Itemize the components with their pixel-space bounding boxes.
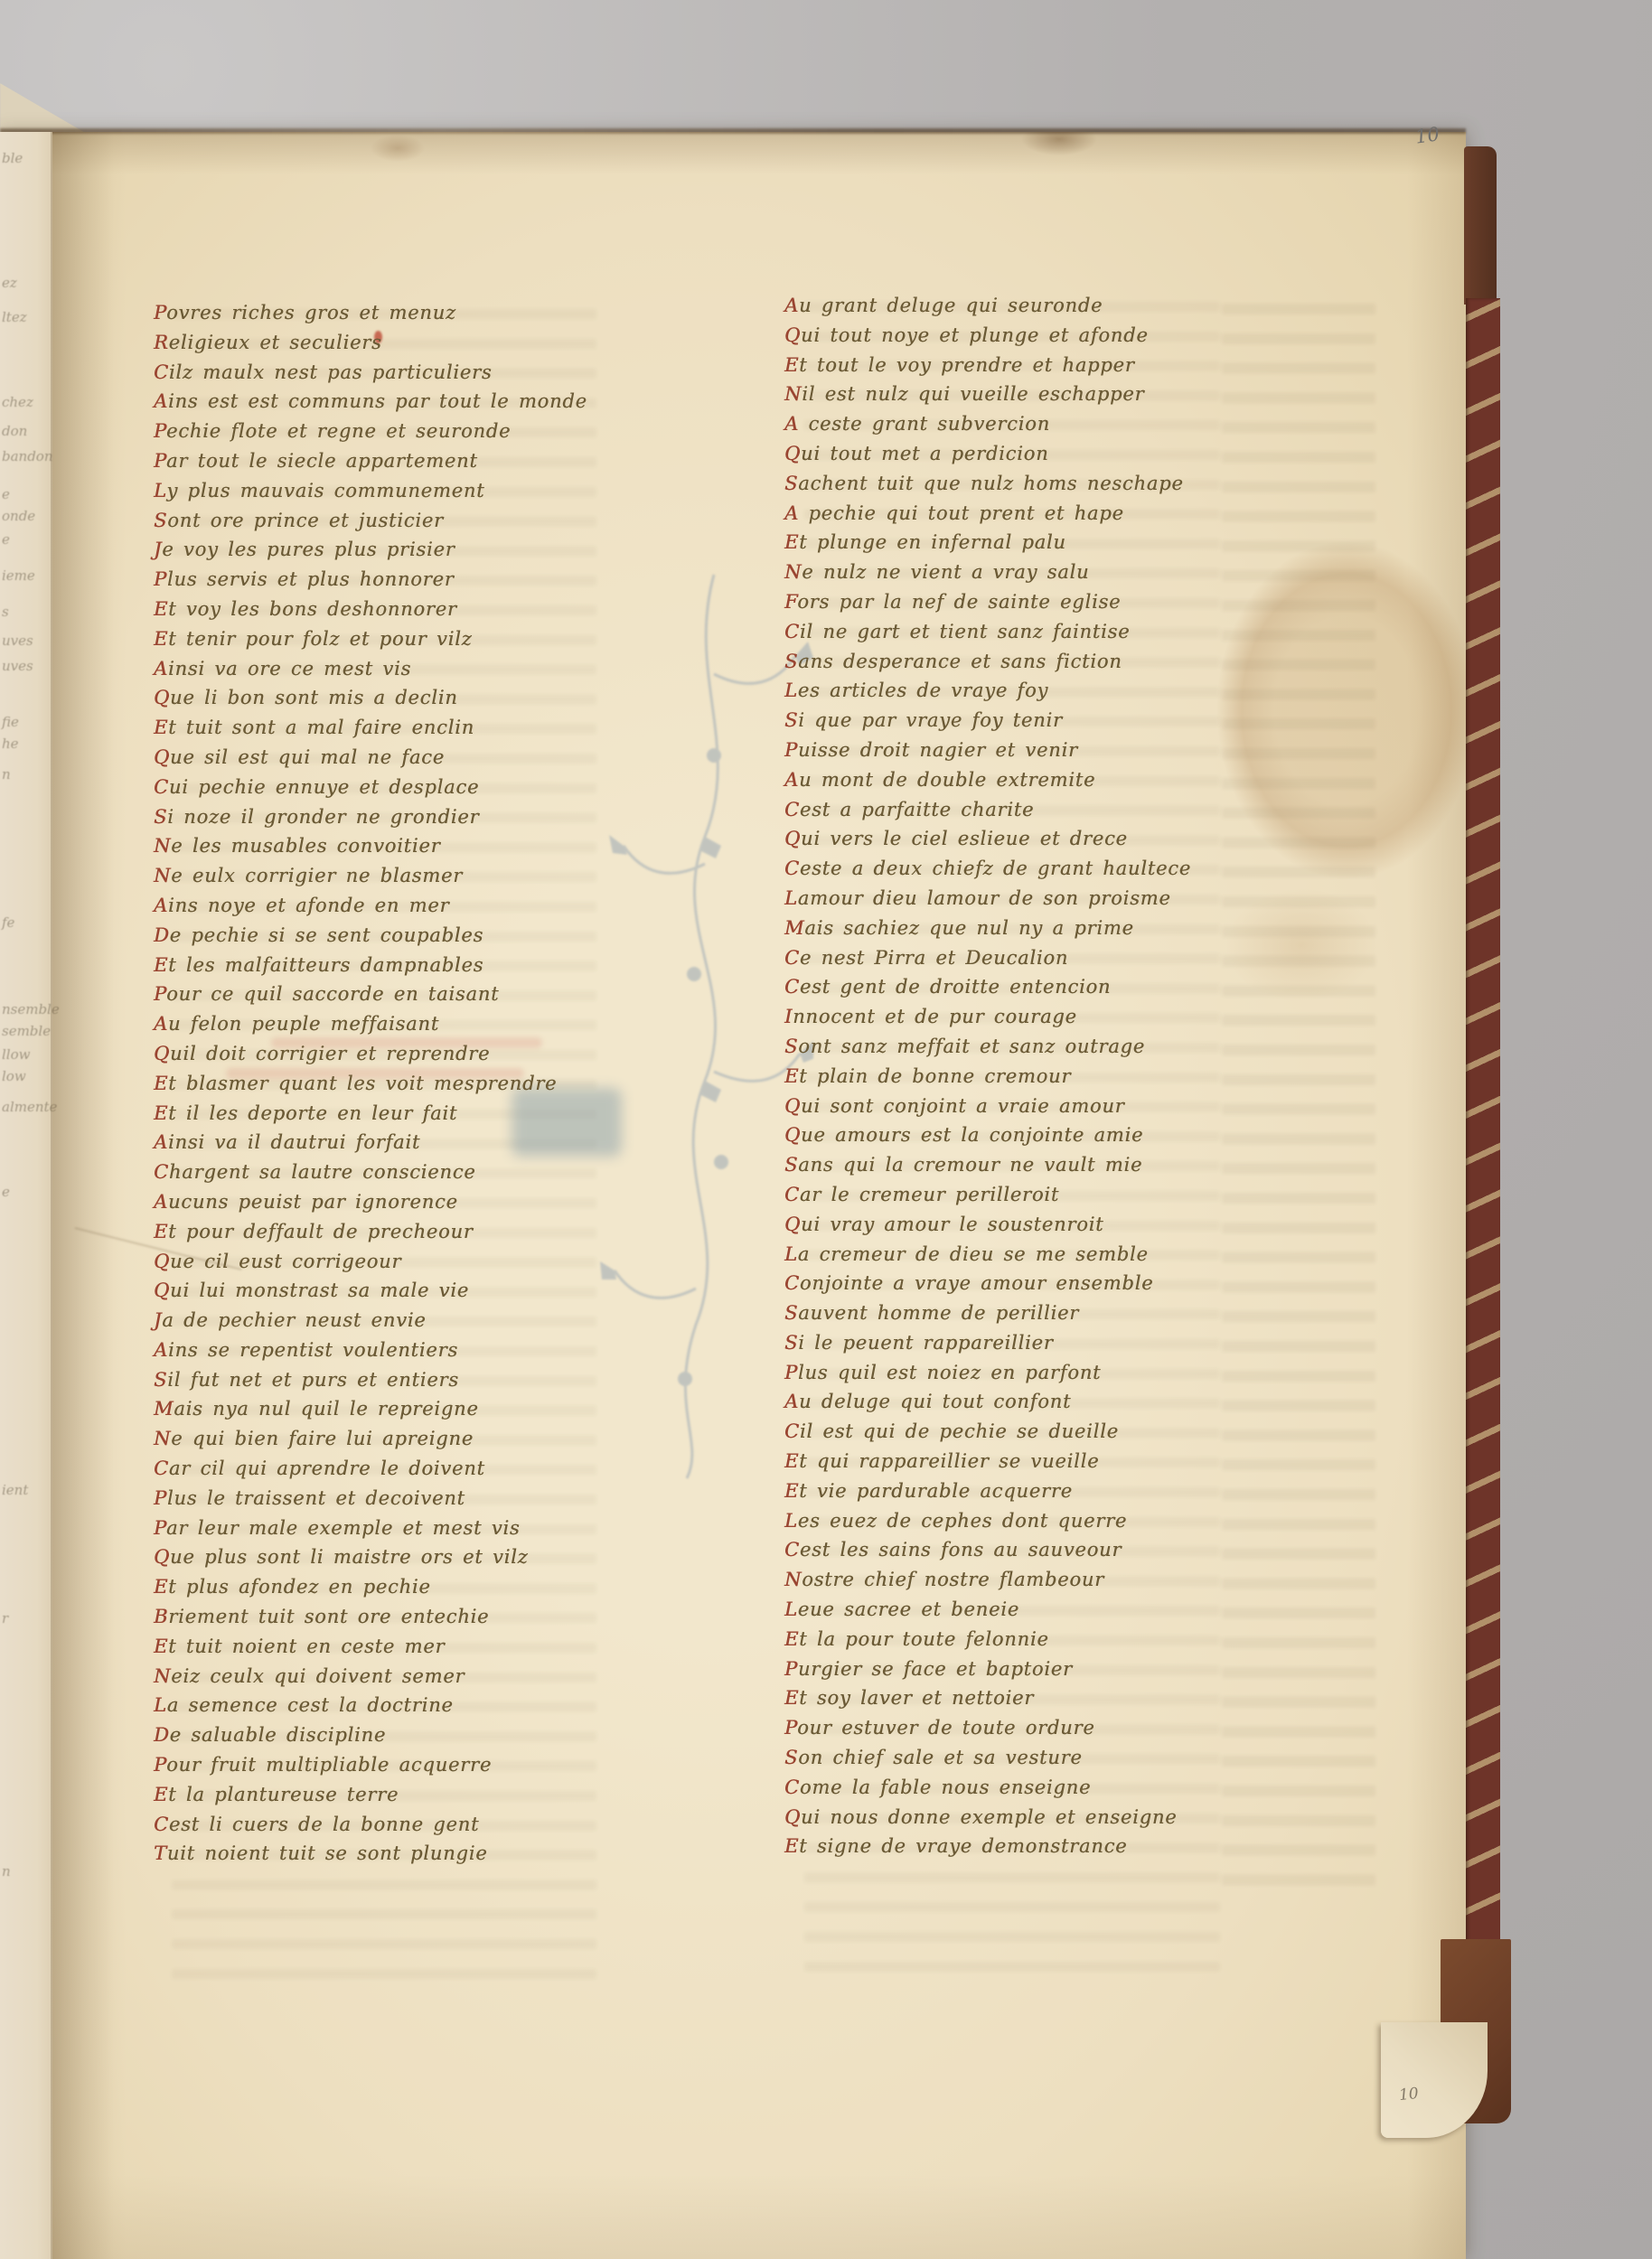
verse-line: Cil ne gart et tient sanz faintise — [784, 617, 1236, 647]
verse-line: Leue sacree et beneie — [784, 1595, 1236, 1625]
verse-line: Que amours est la conjointe amie — [784, 1120, 1236, 1150]
verse-line: Et les malfaitteurs dampnables — [154, 951, 605, 980]
margin-text-fragment: onde — [2, 508, 35, 524]
verse-line: Ne eulx corrigier ne blasmer — [154, 861, 605, 891]
verse-line: Que sil est qui mal ne face — [154, 743, 605, 773]
verse-line: Innocent et de pur courage — [784, 1002, 1236, 1032]
verse-line: Ainsi va il dautrui forfait — [154, 1128, 605, 1158]
manuscript-photo: { "page": { "folio_number_top": "10", "f… — [0, 0, 1652, 2259]
verse-line: A pechie qui tout prent et hape — [784, 499, 1236, 529]
verse-line: Et tout le voy prendre et happer — [784, 351, 1236, 380]
verse-line: Povres riches gros et menuz — [154, 298, 605, 328]
verse-line: Cest a parfaitte charite — [784, 795, 1236, 825]
verse-line: Qui vray amour le soustenroit — [784, 1210, 1236, 1240]
margin-text-fragment: bandon — [2, 448, 53, 464]
verse-line: Sachent tuit que nulz homs neschape — [784, 469, 1236, 499]
verse-line: Religieux et seculiers — [154, 328, 605, 358]
verse-line: A ceste grant subvercion — [784, 409, 1236, 439]
margin-text-fragment: ltez — [2, 309, 27, 325]
verse-line: Ceste a deux chiefz de grant haultece — [784, 854, 1236, 884]
verse-line: Au grant deluge qui seuronde — [784, 291, 1236, 321]
verse-line: Nil est nulz qui vueille eschapper — [784, 380, 1236, 409]
margin-text-fragment: ient — [2, 1482, 28, 1498]
margin-text-fragment: ieme — [2, 567, 35, 584]
verse-line: Purgier se face et baptoier — [784, 1654, 1236, 1684]
verse-line: Ainsi va ore ce mest vis — [154, 654, 605, 684]
verse-line: Ne nulz ne vient a vray salu — [784, 558, 1236, 587]
verse-line: Qui tout noye et plunge et afonde — [784, 321, 1236, 351]
verse-line: Que plus sont li maistre ors et vilz — [154, 1542, 605, 1572]
verse-line: Sont ore prince et justicier — [154, 506, 605, 536]
verse-line: Aucuns peuist par ignorence — [154, 1187, 605, 1217]
verse-line: Qui tout met a perdicion — [784, 439, 1236, 469]
verse-line: Par tout le siecle appartement — [154, 446, 605, 476]
verse-line: Nostre chief nostre flambeour — [784, 1565, 1236, 1595]
verse-line: De saluable discipline — [154, 1720, 605, 1750]
verse-line: Plus quil est noiez en parfont — [784, 1358, 1236, 1388]
verse-line: Chargent sa lautre conscience — [154, 1158, 605, 1187]
verse-line: Et tuit noient en ceste mer — [154, 1632, 605, 1662]
margin-text-fragment: ble — [2, 150, 23, 166]
margin-text-fragment: fie — [2, 714, 19, 730]
margin-text-fragment: e — [2, 1184, 10, 1200]
verse-line: Les euez de cephes dont querre — [784, 1506, 1236, 1536]
verse-line: Cilz maulx nest pas particuliers — [154, 358, 605, 388]
verse-line: Sans qui la cremour ne vault mie — [784, 1150, 1236, 1180]
verse-line: Fors par la nef de sainte eglise — [784, 587, 1236, 617]
verse-line: Pechie flote et regne et seuronde — [154, 417, 605, 446]
verse-line: Et tenir pour folz et pour vilz — [154, 624, 605, 654]
showthrough-text-margin — [1222, 304, 1375, 1894]
verse-line: Cest li cuers de la bonne gent — [154, 1810, 605, 1840]
verse-line: Et voy les bons deshonnorer — [154, 595, 605, 624]
verse-line: Car le cremeur perilleroit — [784, 1180, 1236, 1210]
margin-text-fragment: e — [2, 531, 10, 548]
verse-line: Et la plantureuse terre — [154, 1780, 605, 1810]
text-column-left: Povres riches gros et menuzReligieux et … — [154, 298, 605, 1869]
verse-line: Tuit noient tuit se sont plungie — [154, 1839, 605, 1869]
verse-line: Qui sont conjoint a vraie amour — [784, 1092, 1236, 1121]
verse-line: Ja de pechier neust envie — [154, 1306, 605, 1336]
verse-line: Sauvent homme de perillier — [784, 1298, 1236, 1328]
verse-line: Et la pour toute felonnie — [784, 1625, 1236, 1654]
verse-line: Et plunge en infernal palu — [784, 528, 1236, 558]
verse-line: Lamour dieu lamour de son proisme — [784, 884, 1236, 914]
margin-text-fragment: e — [2, 486, 10, 502]
verse-line: Par leur male exemple et mest vis — [154, 1514, 605, 1543]
text-column-right: Au grant deluge qui seurondeQui tout noy… — [784, 291, 1236, 1861]
verse-line: Et plus afondez en pechie — [154, 1572, 605, 1602]
verse-line: Et tuit sont a mal faire enclin — [154, 713, 605, 743]
verse-line: Qui nous donne exemple et enseigne — [784, 1803, 1236, 1833]
verse-line: Ains se repentist voulentiers — [154, 1336, 605, 1365]
verse-line: Pour estuver de toute ordure — [784, 1713, 1236, 1743]
verse-line: Et plain de bonne cremour — [784, 1062, 1236, 1092]
verse-line: Et signe de vraye demonstrance — [784, 1832, 1236, 1861]
margin-text-fragment: llow — [2, 1046, 30, 1063]
facing-page-text-fragments: bleezltezchezdonbandoneondeeiemesuvesuve… — [0, 132, 54, 2259]
verse-line: Si le peuent rappareillier — [784, 1328, 1236, 1358]
verse-line: Ains noye et afonde en mer — [154, 891, 605, 921]
verse-line: Que li bon sont mis a declin — [154, 683, 605, 713]
folio-number-bottom: 10 — [1398, 2085, 1420, 2104]
margin-text-fragment: fe — [2, 914, 14, 931]
verse-line: Et blasmer quant les voit mesprendre — [154, 1069, 605, 1099]
margin-text-fragment: semble — [2, 1023, 51, 1039]
verse-line: Au deluge qui tout confont — [784, 1387, 1236, 1417]
verse-line: Que cil eust corrigeour — [154, 1247, 605, 1277]
verse-line: Mais nya nul quil le repreigne — [154, 1394, 605, 1424]
verse-line: Au mont de double extremite — [784, 765, 1236, 795]
verse-line: Plus le traissent et decoivent — [154, 1484, 605, 1514]
margin-text-fragment: uves — [2, 633, 33, 649]
verse-line: Ly plus mauvais communement — [154, 476, 605, 506]
verse-line: Son chief sale et sa vesture — [784, 1743, 1236, 1773]
verse-line: Au felon peuple meffaisant — [154, 1009, 605, 1039]
verse-line: Neiz ceulx qui doivent semer — [154, 1662, 605, 1692]
verse-line: Pour fruit multipliable acquerre — [154, 1750, 605, 1780]
margin-text-fragment: don — [2, 423, 27, 439]
page-stack-edge — [0, 83, 87, 134]
margin-text-fragment: almente — [2, 1099, 57, 1115]
verse-line: Qui lui monstrast sa male vie — [154, 1276, 605, 1306]
verse-line: Cest les sains fons au sauveour — [784, 1535, 1236, 1565]
margin-text-fragment: n — [2, 1863, 11, 1879]
verse-line: De pechie si se sent coupables — [154, 921, 605, 951]
margin-text-fragment: he — [2, 736, 19, 752]
verse-line: Cil est qui de pechie se dueille — [784, 1417, 1236, 1447]
verse-line: Briement tuit sont ore entechie — [154, 1602, 605, 1632]
showthrough-vine-decoration — [578, 566, 813, 1487]
verse-line: Les articles de vraye foy — [784, 676, 1236, 706]
margin-text-fragment: s — [2, 604, 9, 620]
verse-line: Quil doit corrigier et reprendre — [154, 1039, 605, 1069]
verse-line: Mais sachiez que nul ny a prime — [784, 914, 1236, 943]
margin-text-fragment: ez — [2, 275, 17, 291]
verse-line: Cest gent de droitte entencion — [784, 972, 1236, 1002]
verse-line: Si que par vraye foy tenir — [784, 706, 1236, 736]
verse-line: Pour ce quil saccorde en taisant — [154, 980, 605, 1009]
verse-line: Et qui rappareillier se vueille — [784, 1447, 1236, 1476]
verse-line: Et vie pardurable acquerre — [784, 1476, 1236, 1506]
margin-text-fragment: chez — [2, 394, 33, 410]
verse-line: Sil fut net et purs et entiers — [154, 1365, 605, 1395]
margin-text-fragment: r — [2, 1610, 8, 1626]
verse-line: La semence cest la doctrine — [154, 1691, 605, 1720]
verse-line: Come la fable nous enseigne — [784, 1773, 1236, 1803]
gutter-shadow — [51, 132, 114, 2259]
verse-line: Si noze il gronder ne grondier — [154, 802, 605, 832]
verse-line: Plus servis et plus honnorer — [154, 565, 605, 595]
margin-text-fragment: uves — [2, 658, 33, 674]
verse-line: Puisse droit nagier et venir — [784, 736, 1236, 765]
margin-text-fragment: low — [2, 1068, 26, 1084]
leather-board-corner-top — [1464, 146, 1497, 305]
folio-number-top: 10 — [1413, 123, 1441, 147]
verse-line: Et pour deffault de precheour — [154, 1217, 605, 1247]
manuscript-page: bleezltezchezdonbandoneondeeiemesuvesuve… — [0, 132, 1466, 2259]
verse-line: Ne qui bien faire lui apreigne — [154, 1424, 605, 1454]
verse-line: Cui pechie ennuye et desplace — [154, 773, 605, 802]
verse-line: Et soy laver et nettoier — [784, 1683, 1236, 1713]
verse-line: Sont sanz meffait et sanz outrage — [784, 1032, 1236, 1062]
decorated-fore-edge — [1466, 298, 1500, 1945]
verse-line: Sans desperance et sans fiction — [784, 647, 1236, 677]
verse-line: La cremeur de dieu se me semble — [784, 1240, 1236, 1270]
verse-line: Je voy les pures plus prisier — [154, 535, 605, 565]
verse-line: Conjointe a vraye amour ensemble — [784, 1269, 1236, 1298]
verse-line: Car cil qui aprendre le doivent — [154, 1454, 605, 1484]
verse-line: Ains est est communs par tout le monde — [154, 387, 605, 417]
verse-line: Et il les deporte en leur fait — [154, 1099, 605, 1129]
verse-line: Ne les musables convoitier — [154, 831, 605, 861]
verse-line: Qui vers le ciel eslieue et drece — [784, 824, 1236, 854]
verse-line: Ce nest Pirra et Deucalion — [784, 943, 1236, 973]
margin-text-fragment: n — [2, 766, 11, 783]
